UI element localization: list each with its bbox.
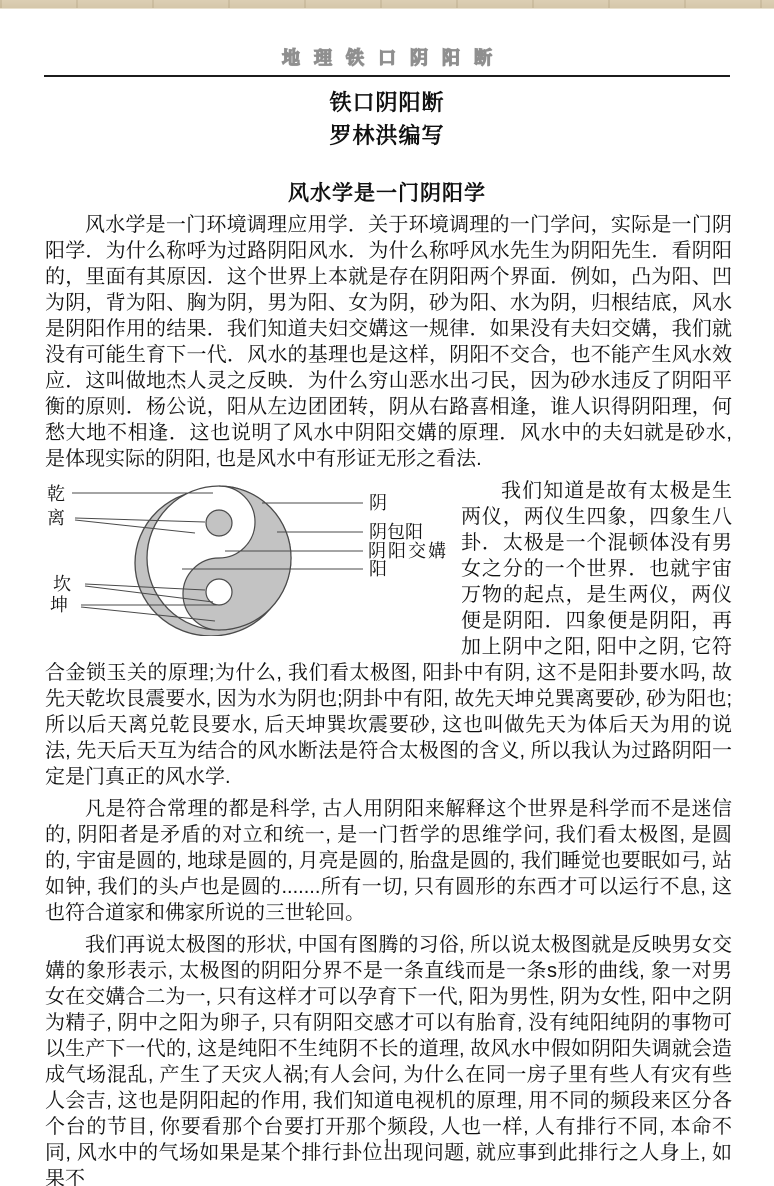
label-yang: 阳: [369, 559, 387, 579]
doc-title: 铁口阴阳断: [0, 86, 774, 117]
label-li: 离: [47, 508, 65, 528]
label-yin: 阴: [369, 493, 387, 513]
label-qian: 乾: [47, 484, 65, 504]
top-border-strip: [0, 0, 774, 9]
taiji-yin-dot: [206, 510, 232, 536]
document-page: 地理铁口阴阳断 铁口阴阳断 罗林洪编写 风水学是一门阴阳学 风水学是一门环境调理…: [0, 0, 774, 1186]
paragraph-fengshui-intro: 风水学是一门环境调理应用学．关于环境调理的一门学问，实际是一门阴阳学．为什么称呼…: [45, 212, 732, 472]
page-number: 1: [0, 1136, 774, 1153]
section-heading: 风水学是一门阴阳学: [0, 177, 774, 207]
paragraph-science: 凡是符合常理的都是科学, 古人用阴阳来解释这个世界是科学而不是迷信的, 阴阳者是…: [45, 796, 732, 926]
label-yinyang-jiaogou: 阴阳交媾: [368, 541, 448, 561]
header-banner: 地理铁口阴阳断: [0, 44, 774, 70]
taiji-yang-dot: [206, 579, 232, 605]
content-area: 风水学是一门环境调理应用学．关于环境调理的一门学问，实际是一门阴阳学．为什么称呼…: [45, 212, 732, 1186]
taiji-symbol-svg: 乾 离 坎 坤 阴 阴包阳 阴阳交媾 阳: [45, 480, 457, 636]
label-kun: 坤: [50, 595, 68, 615]
header-divider: [44, 75, 730, 77]
label-yinbaoyang: 阴包阳: [369, 522, 423, 542]
doc-author: 罗林洪编写: [0, 119, 774, 150]
label-kan: 坎: [53, 574, 71, 594]
taiji-diagram: 乾 离 坎 坤 阴 阴包阳 阴阳交媾 阳: [45, 480, 457, 636]
